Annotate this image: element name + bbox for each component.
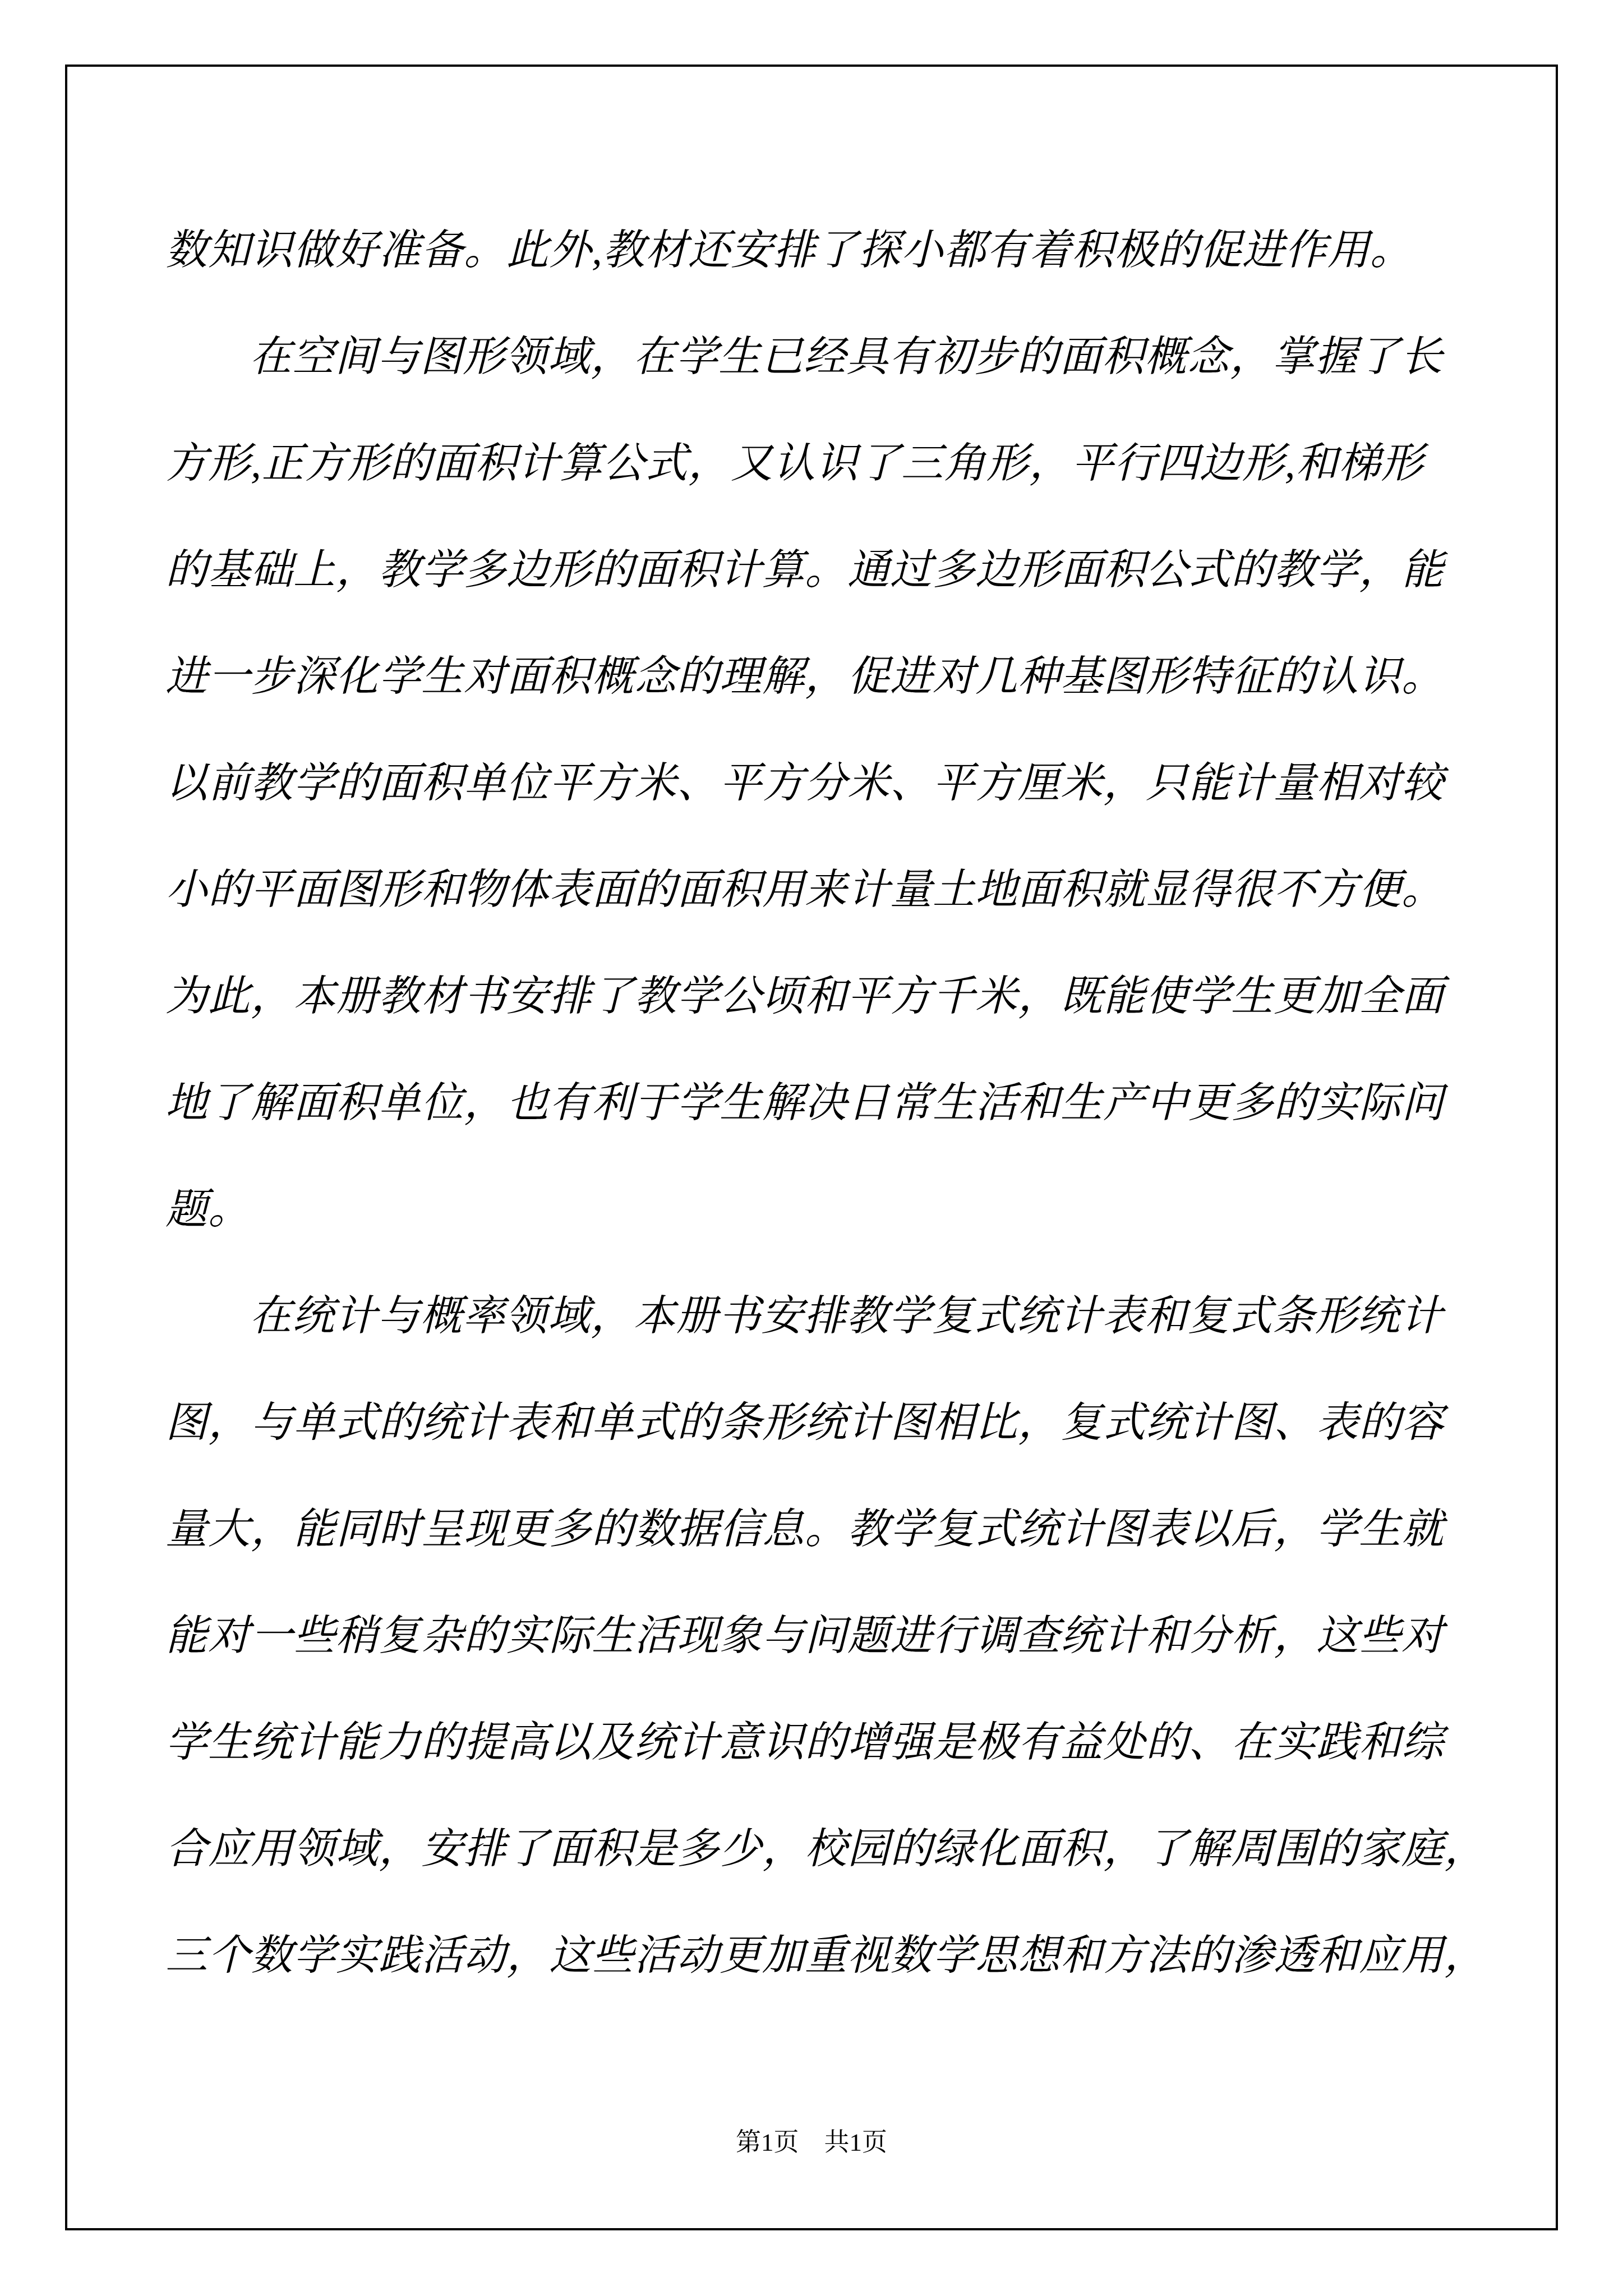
text-line: 进一步深化学生对面积概念的理解，促进对几种基图形特征的认识。 xyxy=(165,624,1489,730)
text-line: 的基础上，教学多边形的面积计算。通过多边形面积公式的教学，能 xyxy=(165,517,1489,624)
text-line: 能对一些稍复杂的实际生活现象与问题进行调查统计和分析，这些对 xyxy=(165,1583,1489,1690)
text-line: 三个数学实践活动，这些活动更加重视数学思想和方法的渗透和应用， xyxy=(165,1903,1489,2009)
text-line: 数知识做好准备。此外,教材还安排了探小都有着积极的促进作用。 xyxy=(165,197,1489,304)
document-page: 数知识做好准备。此外,教材还安排了探小都有着积极的促进作用。 在空间与图形领域，… xyxy=(0,0,1623,2296)
text-line paragraph-start: 在统计与概率领域，本册书安排教学复式统计表和复式条形统计 xyxy=(165,1263,1489,1370)
text-line: 学生统计能力的提高以及统计意识的增强是极有益处的、在实践和综 xyxy=(165,1690,1489,1796)
page-number-footer: 第1页 共1页 xyxy=(0,2128,1623,2156)
text-line: 图，与单式的统计表和单式的条形统计图相比，复式统计图、表的容 xyxy=(165,1370,1489,1476)
text-line: 以前教学的面积单位平方米、平方分米、平方厘米，只能计量相对较 xyxy=(165,730,1489,837)
text-line: 量大，能同时呈现更多的数据信息。教学复式统计图表以后，学生就 xyxy=(165,1476,1489,1583)
text-line: 地了解面积单位，也有利于学生解决日常生活和生产中更多的实际问 xyxy=(165,1050,1489,1157)
document-body: 数知识做好准备。此外,教材还安排了探小都有着积极的促进作用。 在空间与图形领域，… xyxy=(165,197,1489,2009)
text-line: 为此，本册教材书安排了教学公顷和平方千米，既能使学生更加全面 xyxy=(165,944,1489,1050)
text-line: 题。 xyxy=(165,1157,1489,1263)
text-line: 方形,正方形的面积计算公式，又认识了三角形，平行四边形,和梯形 xyxy=(165,411,1489,517)
text-line: 合应用领域，安排了面积是多少，校园的绿化面积，了解周围的家庭， xyxy=(165,1796,1489,1903)
text-line: 小的平面图形和物体表面的面积用来计量土地面积就显得很不方便。 xyxy=(165,837,1489,944)
text-line paragraph-start: 在空间与图形领域，在学生已经具有初步的面积概念，掌握了长 xyxy=(165,304,1489,411)
